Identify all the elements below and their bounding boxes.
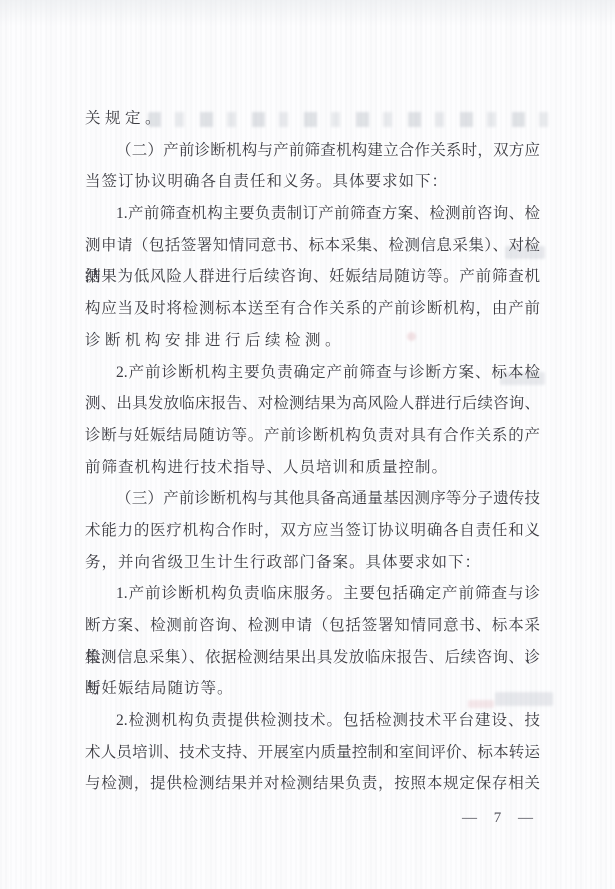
document-line: 测、出具发放临床报告、对检测结果为高风险人群进行后续咨询、 [85, 388, 540, 420]
document-line: 与检测，提供检测结果并对检测结果负责，按照本规定保存相关 [85, 768, 540, 800]
document-line: 2.检测机构负责提供检测技术。包括检测技术平台建设、技 [85, 705, 540, 737]
document-line: （二）产前诊断机构与产前筛查机构建立合作关系时，双方应 [85, 135, 540, 167]
document-line: 构应当及时将检测标本送至有合作关系的产前诊断机构，由产前 [85, 293, 540, 325]
document-line: 测申请（包括签署知情同意书、标本采集、检测信息采集）、对检测 [85, 230, 540, 262]
page-number: — 7 — [462, 810, 535, 827]
document-line: 务，并向省级卫生计生行政部门备案。具体要求如下： [85, 547, 540, 579]
document-line: 1.产前诊断机构负责临床服务。主要包括确定产前筛查与诊 [85, 578, 540, 610]
document-page: 关规定。 （二）产前诊断机构与产前筛查机构建立合作关系时，双方应 当签订协议明确… [0, 0, 615, 889]
document-line: 当签订协议明确各自责任和义务。具体要求如下： [85, 166, 540, 198]
document-line: 1.产前筛查机构主要负责制订产前筛查方案、检测前咨询、检 [85, 198, 540, 230]
document-line: 关规定。 [85, 103, 540, 135]
document-line: 术人员培训、技术支持、开展室内质量控制和室间评价、标本转运 [85, 737, 540, 769]
document-line: 2.产前诊断机构主要负责确定产前筛查与诊断方案、标本检 [85, 357, 540, 389]
document-line: （三）产前诊断机构与其他具备高通量基因测序等分子遗传技 [85, 483, 540, 515]
document-line: 结果为低风险人群进行后续咨询、妊娠结局随访等。产前筛查机 [85, 261, 540, 293]
document-line: 诊断机构安排进行后续检测。 [85, 325, 540, 357]
document-line: 诊断与妊娠结局随访等。产前诊断机构负责对具有合作关系的产 [85, 420, 540, 452]
document-line: 前筛查机构进行技术指导、人员培训和质量控制。 [85, 452, 540, 484]
document-line: 断方案、检测前咨询、检测申请（包括签署知情同意书、标本采集、 [85, 610, 540, 642]
document-line: 与妊娠结局随访等。 [85, 673, 540, 705]
document-line: 检测信息采集）、依据检测结果出具发放临床报告、后续咨询、诊断 [85, 642, 540, 674]
document-body: 关规定。 （二）产前诊断机构与产前筛查机构建立合作关系时，双方应 当签订协议明确… [85, 103, 540, 800]
document-line: 术能力的医疗机构合作时，双方应当签订协议明确各自责任和义 [85, 515, 540, 547]
